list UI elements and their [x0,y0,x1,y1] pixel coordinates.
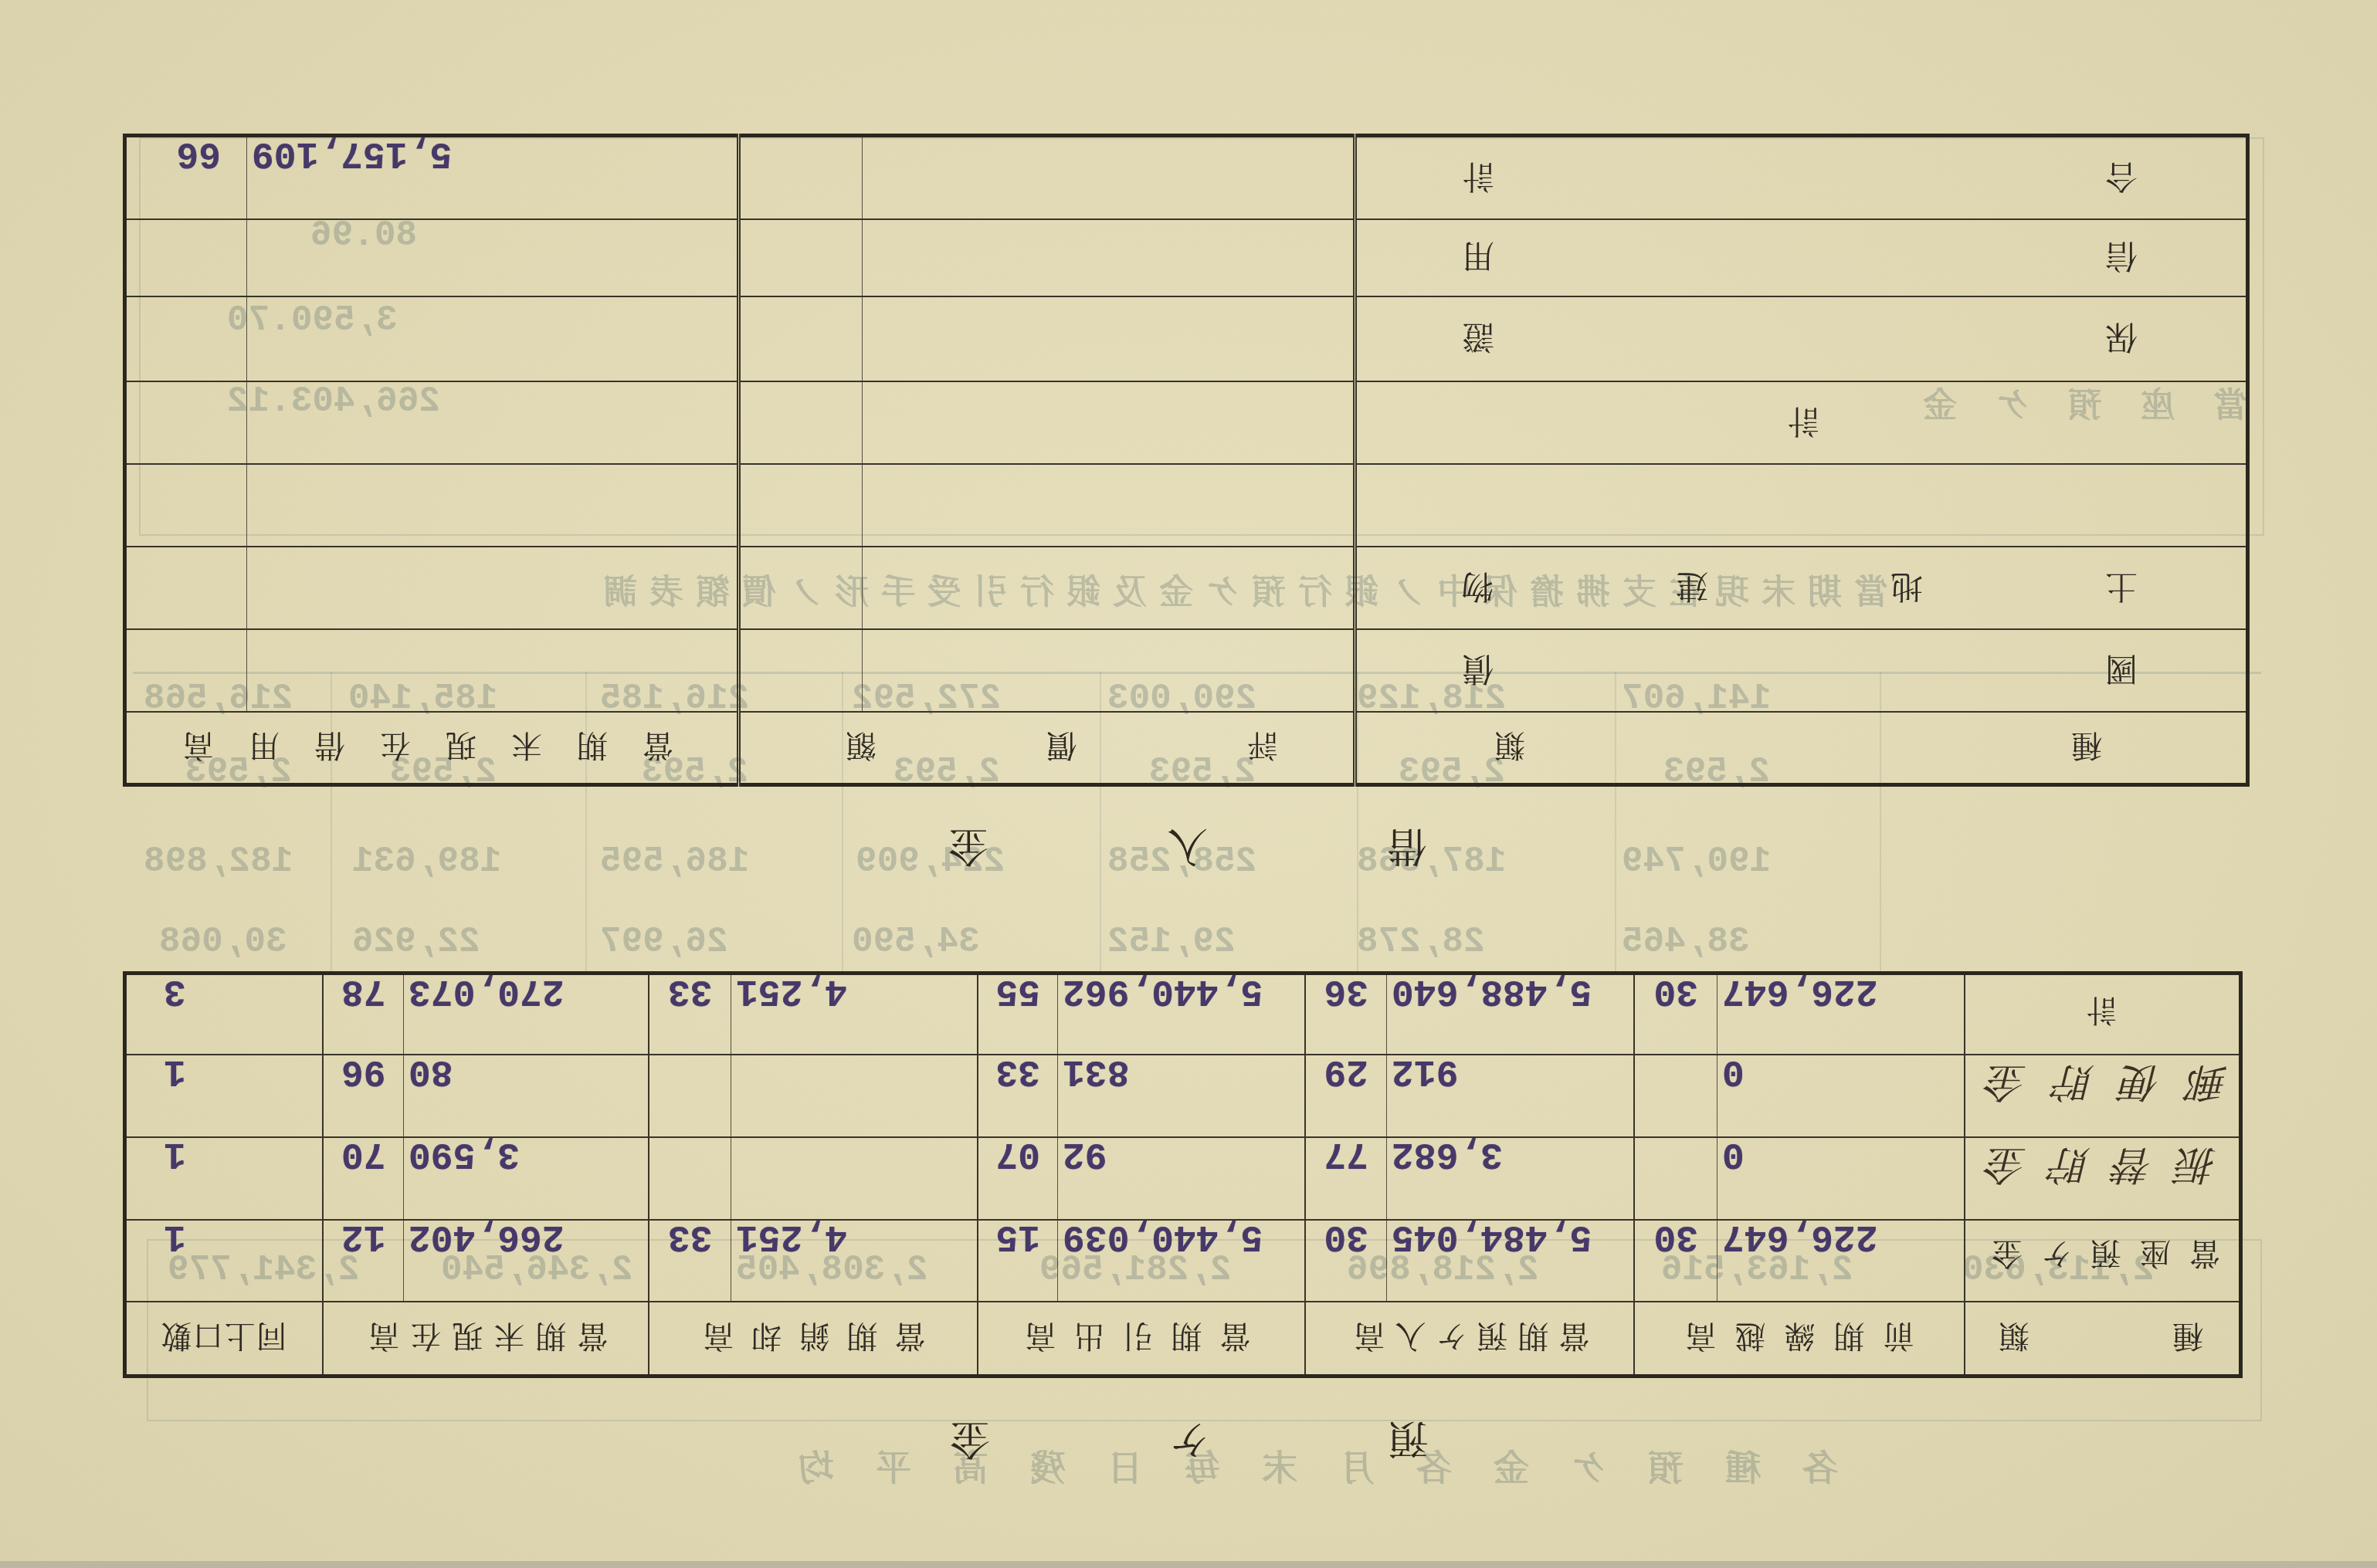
balance-sen [125,547,247,630]
deposited-sen: 29 [1306,1055,1387,1138]
deposit-type: 當座預ケ金 [1965,1221,2241,1302]
balance-yen [247,220,739,297]
deposit-total-label: 計 [1965,974,2241,1055]
prev-balance-sen: 30 [1635,974,1717,1055]
written-off-yen: 4,251 [731,974,978,1055]
end-balance-sen: 70 [324,1138,404,1221]
withdrawn-yen: 5,440,962 [1058,974,1306,1055]
deposited-yen: 3,682 [1387,1138,1635,1221]
deposited-yen: 5,488,640 [1387,974,1635,1055]
appraised-sen [739,630,863,713]
borrowing-row: 信用 [125,220,2248,297]
borrowings-title: 借入金 [769,825,1427,865]
withdrawn-sen: 07 [978,1138,1058,1221]
borrowing-row [125,465,2248,547]
balance-yen [247,382,739,465]
withdrawn-sen: 55 [978,974,1058,1055]
borrowings-table: 種類 評價額 當期末現在借用高 國債 土地建物 [123,134,2250,787]
deposited-yen: 912 [1387,1055,1635,1138]
borrowing-row: 土地建物 [125,547,2248,630]
written-off-sen [649,1055,731,1138]
header-end-balance: 當期末現在借用高 [125,713,739,785]
written-off-yen [731,1055,978,1138]
scan-edge-strip [0,1561,2377,1568]
balance-total-sen: 66 [125,136,247,220]
balance-yen [247,630,739,713]
appraised-sen [739,136,863,220]
prev-balance-sen [1635,1138,1717,1221]
balance-sen [125,220,247,297]
balance-sen [125,465,247,547]
borrowing-type: 保證 [1355,297,2248,382]
written-off-sen: 33 [649,974,731,1055]
appraised-sen [739,547,863,630]
prev-balance-yen: 0 [1717,1138,1965,1221]
header-appraised-value: 評價額 [739,713,1355,785]
header-accounts: 同上口數 [125,1302,324,1377]
deposit-total-row: 計 226,647 30 5,488,640 36 5,440,962 55 4… [125,974,2241,1055]
balance-yen [247,547,739,630]
prev-balance-yen: 226,647 [1717,974,1965,1055]
header-type: 種類 [1355,713,2248,785]
header-written-off: 當期銷却高 [649,1302,978,1377]
appraised-yen [863,136,1355,220]
deposited-sen: 77 [1306,1138,1387,1221]
written-off-sen: 33 [649,1221,731,1302]
end-balance-yen: 3,590 [404,1138,649,1221]
header-end-balance: 當期末現在高 [324,1302,649,1377]
end-balance-yen: 266,402 [404,1221,649,1302]
balance-yen [247,465,739,547]
header-prev-balance: 前期繰越高 [1635,1302,1965,1377]
end-balance-sen: 78 [324,974,404,1055]
deposited-sen: 36 [1306,974,1387,1055]
account-count: 1 [125,1055,324,1138]
account-count: 1 [125,1221,324,1302]
prev-balance-yen: 0 [1717,1055,1965,1138]
borrowing-total-label: 合計 [1355,136,2248,220]
deposit-row: 振替貯金 0 3,682 77 92 07 3,590 70 1 [125,1138,2241,1221]
appraised-yen [863,220,1355,297]
end-balance-yen: 270,073 [404,974,649,1055]
appraised-sen [739,465,863,547]
borrowing-type [1355,465,2248,547]
borrowing-subtotal-row: 計 [125,382,2248,465]
written-off-yen: 4,251 [731,1221,978,1302]
withdrawn-yen: 831 [1058,1055,1306,1138]
borrowing-type: 信用 [1355,220,2248,297]
header-withdrawn: 當期引出高 [978,1302,1306,1377]
appraised-yen [863,630,1355,713]
deposited-sen: 30 [1306,1221,1387,1302]
end-balance-yen: 80 [404,1055,649,1138]
borrowing-type: 土地建物 [1355,547,2248,630]
scanned-page: 80.96 3,590.70 266,403.12 當座預ケ金 當期末現在支拂擔… [0,0,2377,1568]
appraised-yen [863,382,1355,465]
borrowing-subtotal-label: 計 [1355,382,2248,465]
prev-balance-sen: 30 [1635,1221,1717,1302]
balance-sen [125,630,247,713]
borrowing-row: 國債 [125,630,2248,713]
balance-total-yen: 5,157,109 [247,136,739,220]
written-off-yen [731,1138,978,1221]
appraised-sen [739,220,863,297]
header-type: 種類 [1965,1302,2241,1377]
appraised-sen [739,297,863,382]
prev-balance-yen: 226,647 [1717,1221,1965,1302]
appraised-sen [739,382,863,465]
deposits-header-row: 種類 前期繰越高 當期預ケ入高 當期引出高 當期銷却高 當期末現在高 同上口數 [125,1302,2241,1377]
appraised-yen [863,465,1355,547]
end-balance-sen: 12 [324,1221,404,1302]
deposits-title: 預ケ金 [771,1418,1429,1458]
header-deposited: 當期預ケ入高 [1306,1302,1635,1377]
borrowing-row: 保證 [125,297,2248,382]
withdrawn-yen: 92 [1058,1138,1306,1221]
deposit-type-handwritten: 郵便貯金 [1965,1055,2241,1138]
account-count: 1 [125,1138,324,1221]
deposit-row: 郵便貯金 0 912 29 831 33 80 96 1 [125,1055,2241,1138]
account-count: 3 [125,974,324,1055]
balance-yen [247,297,739,382]
withdrawn-yen: 5,440,039 [1058,1221,1306,1302]
balance-sen [125,382,247,465]
document-rotated-180: 預ケ金 種類 前期繰越高 當期預ケ入高 當期引出高 當期銷却高 當期末現在高 同… [0,0,2377,1568]
balance-sen [125,297,247,382]
withdrawn-sen: 33 [978,1055,1058,1138]
appraised-yen [863,547,1355,630]
deposits-table: 種類 前期繰越高 當期預ケ入高 當期引出高 當期銷却高 當期末現在高 同上口數 … [123,971,2243,1378]
deposit-type-handwritten: 振替貯金 [1965,1138,2241,1221]
appraised-yen [863,297,1355,382]
deposited-yen: 5,484,045 [1387,1221,1635,1302]
deposit-row: 當座預ケ金 226,647 30 5,484,045 30 5,440,039 … [125,1221,2241,1302]
borrowing-type: 國債 [1355,630,2248,713]
withdrawn-sen: 15 [978,1221,1058,1302]
written-off-sen [649,1138,731,1221]
prev-balance-sen [1635,1055,1717,1138]
borrowing-total-row: 合計 5,157,109 66 [125,136,2248,220]
end-balance-sen: 96 [324,1055,404,1138]
borrowings-header-row: 種類 評價額 當期末現在借用高 [125,713,2248,785]
